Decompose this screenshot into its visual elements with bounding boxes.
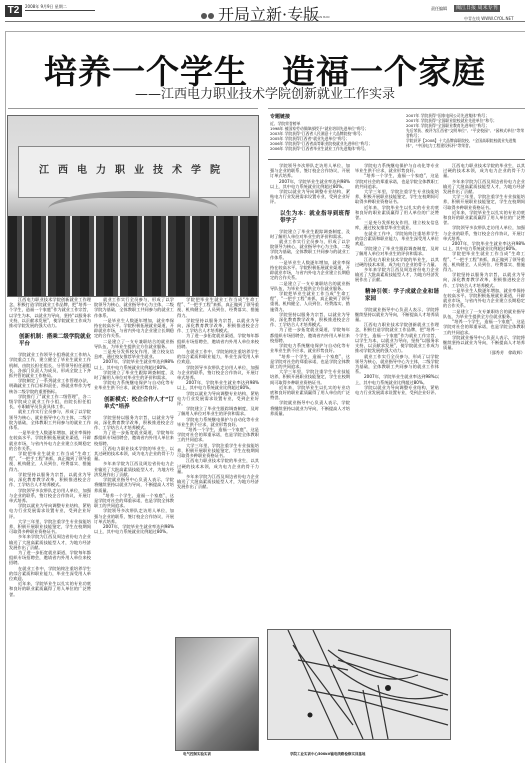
paragraph: 二是建立了一支专兼职结合的就业指导队伍，为毕业生提供全方位就业服务。 xyxy=(94,339,174,349)
paragraph: “培养一个学生，造福一个家庭”，这是学院对社会的郑重承诺，也是学院全体教职工的共… xyxy=(94,493,174,509)
paragraph: 学院以就业为导向调整专业结构，紧贴电力行业发展需求设置专业，受到企业好评。 xyxy=(355,385,439,395)
paragraph: 三是充分发挥校友作用，建立校友信息库，通过校友推荐毕业生就业。 xyxy=(94,349,174,359)
photo-caption: 电气控制实验实训 xyxy=(183,752,211,757)
paper-tag: 闽江日报 周末专刊 xyxy=(454,5,500,12)
students-crowd xyxy=(8,216,258,296)
paragraph: 学院领导多次带队走访用人单位，加强与企业的联系，签订校企合作协议，开展订单式培养… xyxy=(94,508,174,524)
paragraph: 学院制定了一系列就业工作管理办法，明确就业工作目标和责任，将就业率作为考核各二级… xyxy=(9,378,91,394)
subheadline: ——江西电力职业技术学院创新就业工作实录 xyxy=(30,83,500,102)
paragraph: 学院坚持以服务为宗旨，以就业为导向，深化教育教学改革，积极推进校企合作、工学结合… xyxy=(443,272,525,288)
paragraph: 江西电力职业技术学院创新就业工作理念，积极打造学院就业工作品牌，把“培养一个学生… xyxy=(9,297,91,328)
paragraph: 学院电力系统继电保护与自动化等专业毕业生供不应求，就业形势良好。 xyxy=(355,163,439,173)
paragraph: 多年来学院为江西及周边省份电力企业输送了大批高素质技能型人才，为地方经济发展作出… xyxy=(443,179,525,195)
section-subtitle: KAI JU LI XIN · ZHUAN BAN xyxy=(290,15,330,19)
author-credit: （邵秀芳 徐政辉） xyxy=(443,350,525,355)
paragraph: 2007年，学院毕业生就业率达到98%以上，其中电力系统就业比例超过80%。 xyxy=(94,524,174,534)
paragraph: 学院建立了毕业生跟踪调查制度，及时了解用人单位对毕业生的评价和需求。 xyxy=(177,406,259,416)
paragraph: 学院就业指导中心负责人表示，学院将继续坚持以就业为导向，不断提高人才培养质量。 xyxy=(94,477,174,493)
paragraph: 学院以就业为导向调整专业结构，紧贴电力行业发展需求设置专业，受到企业好评。 xyxy=(270,189,350,205)
paragraph: 为了进一步拓宽就业渠道，学院每年都组织专场招聘会，邀请省内外用人单位来校招聘。 xyxy=(94,430,174,446)
paragraph: “培养一个学生，造福一个家庭”，这是学院对社会的郑重承诺，也是学院全体教职工的共… xyxy=(443,319,525,335)
paragraph: 江西电力职业技术学院的毕业生，以其过硬的技术本领，成为电力企业的骨干力量。 xyxy=(177,458,259,474)
paragraph: 学院建立了毕业生跟踪调查制度，及时了解用人单位对毕业生的评价和需求。 xyxy=(355,246,439,256)
paragraph: 大学三年里，学院注重学生专业技能培养，积极开展职业技能鉴定，学生在校期间可取得多… xyxy=(270,369,350,385)
paragraph: 为了进一步拓宽就业渠道，学院每年都组织专场招聘会，邀请省内外用人单位来校招聘。 xyxy=(177,333,259,349)
paragraph: 学院把毕业生就业工作当成“生命工程”、“一把手工程”来抓，真正做到了领导重视、机… xyxy=(177,297,259,318)
paragraph: 一是毕业生人数逐年增加，就业率保持在较高水平。学院积极拓展就业渠道，开辟就业市场… xyxy=(443,288,525,309)
sidebar-divider xyxy=(268,159,525,160)
paragraph: 多年来学院为江西及周边省份电力企业输送了大批高素质技能型人才，为地方经济发展作出… xyxy=(355,267,439,283)
paragraph: 就业工作实行全员参与，形成了以学院领导为核心，就业指导中心为主体，二级学院为基础… xyxy=(355,354,439,375)
article-column-1: 江西电力职业技术学院创新就业工作理念，积极打造学院就业工作品牌，把“培养一个学生… xyxy=(9,297,91,759)
paragraph: 在就业工作中，学院始终注重培养学生的综合素质和职业能力，毕业生深受用人单位欢迎。 xyxy=(177,349,259,365)
masthead-divider xyxy=(5,21,525,22)
paragraph: “培养一个学生，造福一个家庭”，这是学院对社会的郑重承诺，也是学院全体教职工的共… xyxy=(270,354,350,370)
paragraph: 2007年，学院毕业生就业率达到98%以上，其中电力系统就业比例超过80%。 xyxy=(177,380,259,390)
paragraph: 2007年，学院毕业生就业率达到98%以上，其中电力系统就业比例超过80%。 xyxy=(355,374,439,384)
paragraph: 学院就业指导中心负责人表示，学院将继续坚持以就业为导向，不断提高人才培养质量。 xyxy=(355,307,439,323)
paragraph: “培养一个学生，造福一个家庭”，这是学院对社会的郑重承诺，也是学院全体教职工的共… xyxy=(355,173,439,189)
lab-training-photo xyxy=(175,637,259,751)
paragraph: 近年来，学院毕业生以扎实的专业功底和良好的职业素质赢得了用人单位的广泛赞誉。 xyxy=(355,205,439,221)
paragraph: 学院电力系统继电保护与自动化等专业毕业生供不应求，就业形势良好。 xyxy=(94,380,174,390)
paragraph: 江西电力职业技术学院创新就业工作理念，积极打造学院就业工作品牌，把“培养一个学生… xyxy=(355,322,439,353)
paragraph: 2007年，学院毕业生就业率达到98%以上，其中电力系统就业比例超过80%。 xyxy=(94,359,174,369)
paragraph: 学院领导多次带队走访用人单位，加强与企业的联系，签订校企合作协议，开展订单式培养… xyxy=(443,225,525,241)
honors-sidebar: 专题链接 近、学院荣誉榜单 1998年 被国家劳动保障部授予“就业培训先进单位”… xyxy=(270,113,525,153)
paragraph: 大学三年里，学院注重学生专业技能培养，积极开展职业技能鉴定，学生在校期间可取得多… xyxy=(355,189,439,205)
paragraph: 就业工作实行全员参与，形成了以学院领导为核心，就业指导中心为主体，二级学院为基础… xyxy=(270,239,350,260)
divider xyxy=(8,108,258,109)
article-column-2: 就业工作实行全员参与，形成了以学院领导为核心，就业指导中心为主体，二级学院为基础… xyxy=(94,297,174,759)
paragraph: 2007年，学院毕业生就业率达到98%以上，其中电力系统就业比例超过80%。 xyxy=(270,179,350,189)
paragraph: 在就业工作中，学院始终注重培养学生的综合素质和职业能力，毕业生深受用人单位欢迎。 xyxy=(9,566,91,582)
paragraph: 近年来，学院毕业生以扎实的专业功底和良好的职业素质赢得了用人单位的广泛赞誉。 xyxy=(9,581,91,597)
article-column-3: 学院把毕业生就业工作当成“生命工程”、“一把手工程”来抓，真正做到了领导重视、机… xyxy=(177,297,259,634)
divider xyxy=(268,108,525,109)
paragraph: 学院电力系统继电保护与自动化等专业毕业生供不应求，就业形势良好。 xyxy=(177,417,259,427)
paragraph: 多年来学院为江西及周边省份电力企业输送了大批高素质技能型人才，为地方经济发展作出… xyxy=(9,534,91,550)
paragraph: 学院领导多次带队走访用人单位，加强与企业的联系，签订校企合作协议，开展订单式培养… xyxy=(270,163,350,179)
paragraph: 二是建立了一支专兼职结合的就业指导队伍，为毕业生提供全方位就业服务。 xyxy=(270,281,350,291)
paragraph: “培养一个学生，造福一个家庭”，这是学院对社会的郑重承诺，也是学院全体教职工的共… xyxy=(177,427,259,443)
sidebar-line: 2006年 学院获得“江西省毕业生就业工作先进集体”称号。 xyxy=(270,146,400,151)
gate-sign: 江西电力职业技术学院 xyxy=(19,161,249,176)
paragraph: 学院坚持以服务为宗旨，以就业为导向，深化教育教学改革，积极推进校企合作、工学结合… xyxy=(94,415,174,431)
article-column-6: 江西电力职业技术学院的毕业生，以其过硬的技术本领，成为电力企业的骨干力量。 多年… xyxy=(443,163,525,625)
section-subtitle: 以生为本：就业指导到班帮带学子 xyxy=(280,211,350,225)
paragraph: 学院坚持以服务为宗旨，以就业为导向，深化教育教学改革，积极推进校企合作、工学结合… xyxy=(270,312,350,328)
paragraph: 二是建立了一支专兼职结合的就业指导队伍，为毕业生提供全方位就业服务。 xyxy=(443,309,525,319)
issue-date: 2008年 9月9日 星期二 xyxy=(25,4,95,11)
paragraph: 大学三年里，学院注重学生专业技能培养，积极开展职业技能鉴定，学生在校期间可取得多… xyxy=(177,443,259,459)
paragraph: 多年来学院为江西及周边省份电力企业输送了大批高素质技能型人才，为地方经济发展作出… xyxy=(94,461,174,477)
paragraph: 学院坚持以服务为宗旨，以就业为导向，深化教育教学改革，积极推进校企合作、工学结合… xyxy=(177,318,259,334)
paragraph: 大学三年里，学院注重学生专业技能培养，积极开展职业技能鉴定，学生在校期间可取得多… xyxy=(443,194,525,210)
frame-top-border xyxy=(5,31,525,32)
tower-illustration xyxy=(268,630,450,739)
paragraph: 学院领导多次带队走访用人单位，加强与企业的联系，签订校企合作协议，开展订单式培养… xyxy=(177,365,259,381)
frame-left-border xyxy=(5,31,6,763)
paragraph: 为了进一步拓宽就业渠道，学院每年都组织专场招聘会，邀请省内外用人单位来校招聘。 xyxy=(9,550,91,566)
paragraph: 学院以就业为导向调整专业结构，紧贴电力行业发展需求设置专业，受到企业好评。 xyxy=(177,391,259,407)
paragraph: 江西电力职业技术学院的毕业生，以其过硬的技术本领，成为电力企业的骨干力量。 xyxy=(94,446,174,462)
sidebar-line: 学院获评【2008】十大品牌高职院校、“全国高职院校就业先进集体”，“中国电力工… xyxy=(406,138,525,148)
article-column-4: 学院领导多次带队走访用人单位，加强与企业的联系，签订校企合作协议，开展订单式培养… xyxy=(270,163,350,625)
paragraph: 多年来学院为江西及周边省份电力企业输送了大批高素质技能型人才，为地方经济发展作出… xyxy=(177,474,259,490)
paragraph: 学院把毕业生就业工作当成“生命工程”、“一把手工程”来抓，真正做到了领导重视、机… xyxy=(9,451,91,472)
paragraph: 一是毕业生人数逐年增加，就业率保持在较高水平。学院积极拓展就业渠道，开辟就业市场… xyxy=(9,430,91,451)
paragraph: 近年来，学院毕业生以扎实的专业功底和良好的职业素质赢得了用人单位的广泛赞誉。 xyxy=(270,385,350,401)
campus-gate-photo: 江西电力职业技术学院 xyxy=(7,115,259,297)
paragraph: 学院以就业为导向调整专业结构，紧贴电力行业发展需求设置专业，受到企业好评。 xyxy=(9,503,91,519)
section-subtitle: 精神引领：学子成就企业和谐家园 xyxy=(365,289,439,303)
paragraph: 学院建立了毕业生跟踪调查制度，及时了解用人单位对毕业生的评价和需求。 xyxy=(94,370,174,380)
page-number-badge: T2 xyxy=(5,5,22,17)
paragraph: 学院就业指导中心负责人表示，学院将继续坚持以就业为导向，不断提高人才培养质量。 xyxy=(443,335,525,351)
paragraph: 三是充分发挥校友作用，建立校友信息库，通过校友推荐毕业生就业。 xyxy=(355,220,439,230)
paragraph: 江西电力职业技术学院的毕业生，以其过硬的技术本领，成为电力企业的骨干力量。 xyxy=(443,163,525,179)
paragraph: 就业工作实行全员参与，形成了以学院领导为核心，就业指导中心为主体，二级学院为基础… xyxy=(94,297,174,318)
paragraph: 大学三年里，学院注重学生专业技能培养，积极开展职业技能鉴定，学生在校期间可取得多… xyxy=(9,519,91,535)
paragraph: 一是毕业生人数逐年增加，就业率保持在较高水平。学院积极拓展就业渠道，开辟就业市场… xyxy=(270,260,350,281)
section-subtitle: 创新模式：校企合作人才“订单式”培养 xyxy=(104,397,174,411)
paragraph: 学院推行了“就业工作二级管理”，各二级学院成立就业工作小组，由院长担任组长，专职… xyxy=(9,394,91,410)
paragraph: 就业工作实行全员参与，形成了以学院领导为核心，就业指导中心为主体，二级学院为基础… xyxy=(9,409,91,430)
paragraph: 学院坚持以服务为宗旨，以就业为导向，深化教育教学改革，积极推进校企合作、工学结合… xyxy=(9,472,91,488)
paragraph: 学院电力系统继电保护与自动化等专业毕业生供不应求，就业形势良好。 xyxy=(270,343,350,353)
section-subtitle: 创新机制：搭乘二级学院就业平台 xyxy=(19,334,91,348)
paragraph: 学院就业工作领导小组将就业工作纳入学院重点工作，建立健全了毕业生就业工作机制，由… xyxy=(9,352,91,378)
paragraph: 学院就业指导中心负责人表示，学院将继续坚持以就业为导向，不断提高人才培养质量。 xyxy=(270,400,350,416)
paragraph: 2007年，学院毕业生就业率达到98%以上，其中电力系统就业比例超过80%。 xyxy=(443,241,525,251)
paragraph: 江西电力职业技术学院的毕业生，以其过硬的技术本领，成为电力企业的骨干力量。 xyxy=(355,257,439,267)
paragraph: 一是毕业生人数逐年增加，就业率保持在较高水平。学院积极拓展就业渠道，开辟就业市场… xyxy=(94,318,174,339)
transmission-tower-photo xyxy=(267,629,451,740)
paragraph: 学院把毕业生就业工作当成“生命工程”、“一把手工程”来抓，真正做到了领导重视、机… xyxy=(443,251,525,272)
paragraph: 学院建立了毕业生跟踪调查制度，及时了解用人单位对毕业生的评价和需求。 xyxy=(270,229,350,239)
emblem-icon xyxy=(201,4,215,16)
photo-caption: 学院工业实训中心500kV输电线路检修实训基地 xyxy=(290,752,365,757)
sidebar-title: 专题链接 xyxy=(270,113,400,121)
editor-label: 责任编辑 xyxy=(431,5,447,12)
article-column-5: 学院电力系统继电保护与自动化等专业毕业生供不应求，就业形势良好。 “培养一个学生… xyxy=(355,163,439,625)
paragraph: 学院把毕业生就业工作当成“生命工程”、“一把手工程”来抓，真正做到了领导重视、机… xyxy=(270,291,350,312)
paragraph: 学院领导多次带队走访用人单位，加强与企业的联系，签订校企合作协议，开展订单式培养… xyxy=(9,488,91,504)
sidebar-line: 先后荣获、被评为江西省“文明单位”、“平安校园”、“园林式单位”等荣誉称号； xyxy=(406,128,525,138)
paragraph: 在就业工作中，学院始终注重培养学生的综合素质和职业能力，毕业生深受用人单位欢迎。 xyxy=(355,231,439,247)
paragraph: 为了进一步拓宽就业渠道，学院每年都组织专场招聘会，邀请省内外用人单位来校招聘。 xyxy=(270,327,350,343)
paragraph: 近年来，学院毕业生以扎实的专业功底和良好的职业素质赢得了用人单位的广泛赞誉。 xyxy=(443,210,525,226)
